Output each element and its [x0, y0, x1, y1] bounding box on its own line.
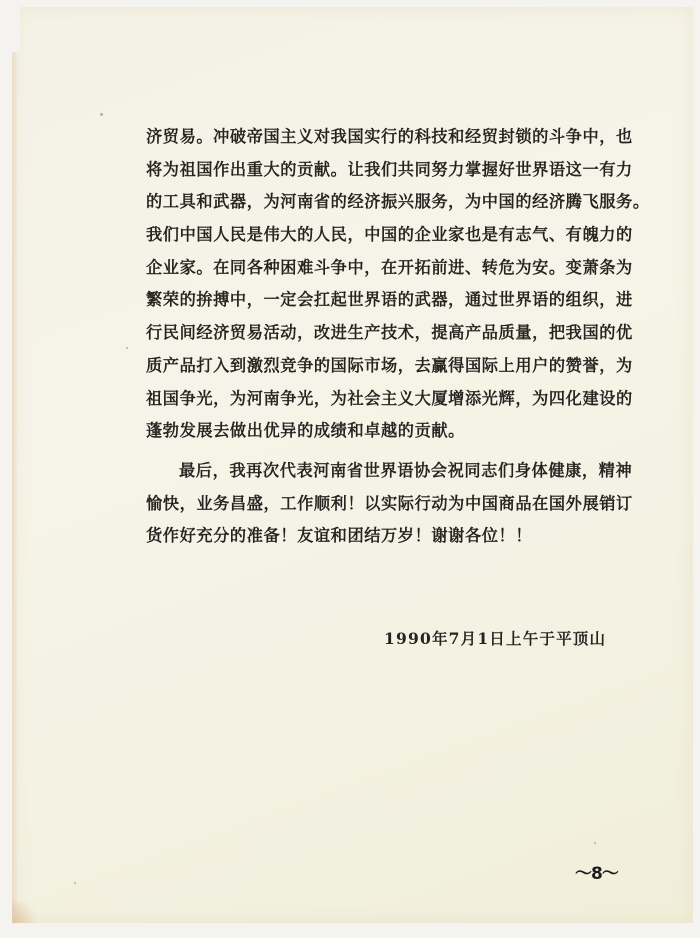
document-body: 济贸易。冲破帝国主义对我国实行的科技和经贸封锁的斗争中，也 将为祖国作出重大的贡… — [146, 121, 641, 553]
body-line: 祖国争光，为河南争光，为社会主义大厦增添光辉，为四化建设的 — [146, 383, 641, 416]
page-number: ～8～ — [575, 859, 618, 884]
date-signature: 1990年7月1日上午于平顶山 — [384, 627, 606, 649]
body-line: 济贸易。冲破帝国主义对我国实行的科技和经贸封锁的斗争中，也 — [146, 121, 641, 154]
body-line: 我们中国人民是伟大的人民，中国的企业家也是有志气、有魄力的 — [146, 219, 641, 252]
closing-line: 货作好充分的准备！友谊和团结万岁！谢谢各位！！ — [146, 520, 641, 553]
page-fold — [12, 7, 20, 52]
body-line: 的工具和武器，为河南省的经济振兴服务，为中国的经济腾飞服务。 — [146, 186, 641, 219]
paper-speck — [126, 347, 128, 349]
closing-line: 最后，我再次代表河南省世界语协会祝同志们身体健康，精神 — [146, 455, 641, 488]
body-line: 行民间经济贸易活动，改进生产技术，提高产品质量，把我国的优 — [146, 317, 641, 350]
paragraph-gap — [146, 448, 641, 455]
body-line: 将为祖国作出重大的贡献。让我们共同努力掌握好世界语这一有力 — [146, 154, 641, 187]
paper-speck — [594, 842, 596, 844]
body-line: 蓬勃发展去做出优异的成绩和卓越的贡献。 — [146, 415, 641, 448]
body-line: 企业家。在同各种困难斗争中，在开拓前进、转危为安。变萧条为 — [146, 252, 641, 285]
body-line: 繁荣的拚搏中，一定会扛起世界语的武器，通过世界语的组织，进 — [146, 284, 641, 317]
scanned-page: 济贸易。冲破帝国主义对我国实行的科技和经贸封锁的斗争中，也 将为祖国作出重大的贡… — [12, 7, 693, 923]
paper-speck — [74, 882, 76, 884]
paper-speck — [100, 113, 103, 116]
body-line: 质产品打入到激烈竞争的国际市场，去赢得国际上用户的赞誉，为 — [146, 350, 641, 383]
closing-line: 愉快，业务昌盛，工作顺利！以实际行动为中国商品在国外展销订 — [146, 488, 641, 521]
